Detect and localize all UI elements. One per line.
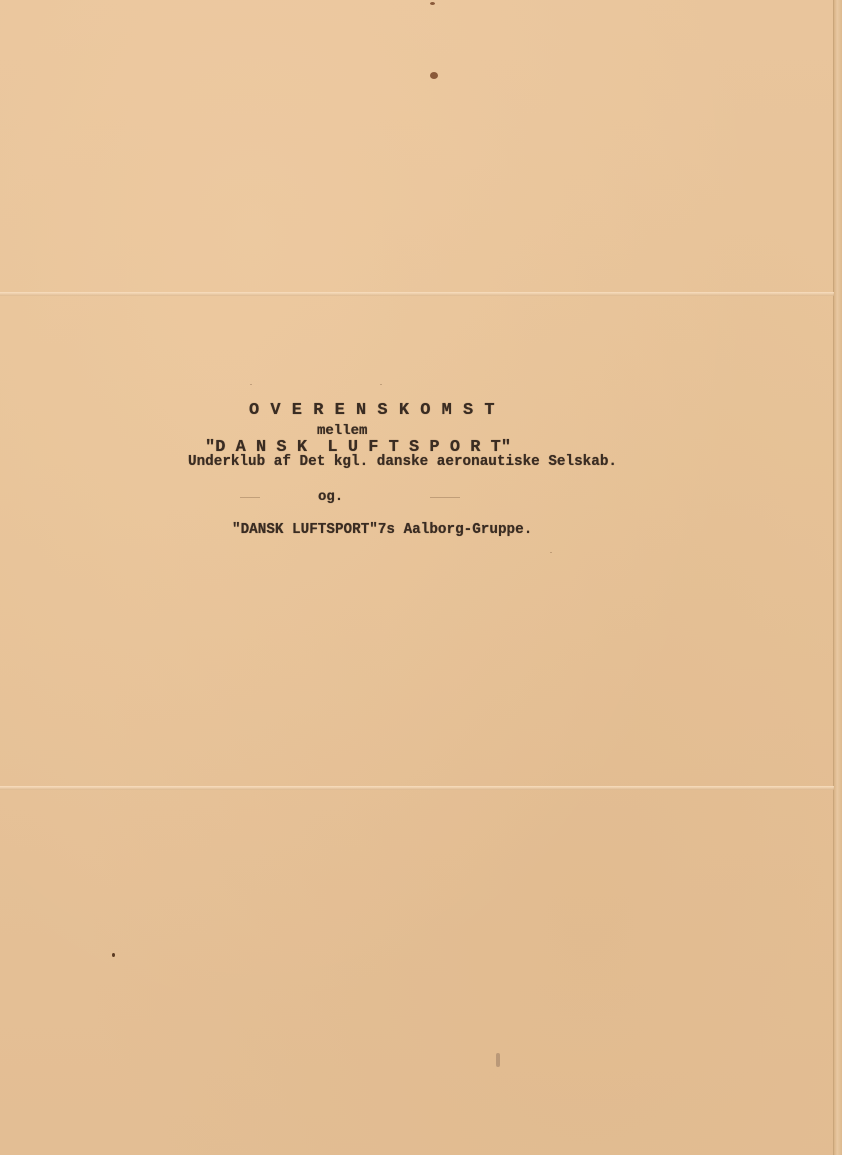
fold-line-top — [0, 292, 834, 296]
ink-spot — [112, 953, 115, 957]
speck — [550, 552, 552, 553]
ink-spot — [430, 2, 435, 5]
speck — [250, 384, 252, 385]
paper-right-edge — [833, 0, 842, 1155]
between-label: mellem — [317, 423, 367, 439]
party-one-subtitle: Underklub af Det kgl. danske aeronautisk… — [188, 454, 617, 470]
paper-sheet: O V E R E N S K O M S T mellem "D A N S … — [0, 0, 842, 1155]
fold-line-bottom — [0, 786, 834, 790]
ink-smudge — [496, 1053, 500, 1067]
speck — [380, 384, 382, 385]
document-title: O V E R E N S K O M S T — [249, 401, 495, 420]
and-label: og. — [318, 489, 343, 505]
speck — [430, 497, 460, 498]
ink-spot — [430, 72, 438, 79]
speck — [240, 497, 260, 498]
party-two-name: "DANSK LUFTSPORT"7s Aalborg-Gruppe. — [232, 522, 532, 538]
